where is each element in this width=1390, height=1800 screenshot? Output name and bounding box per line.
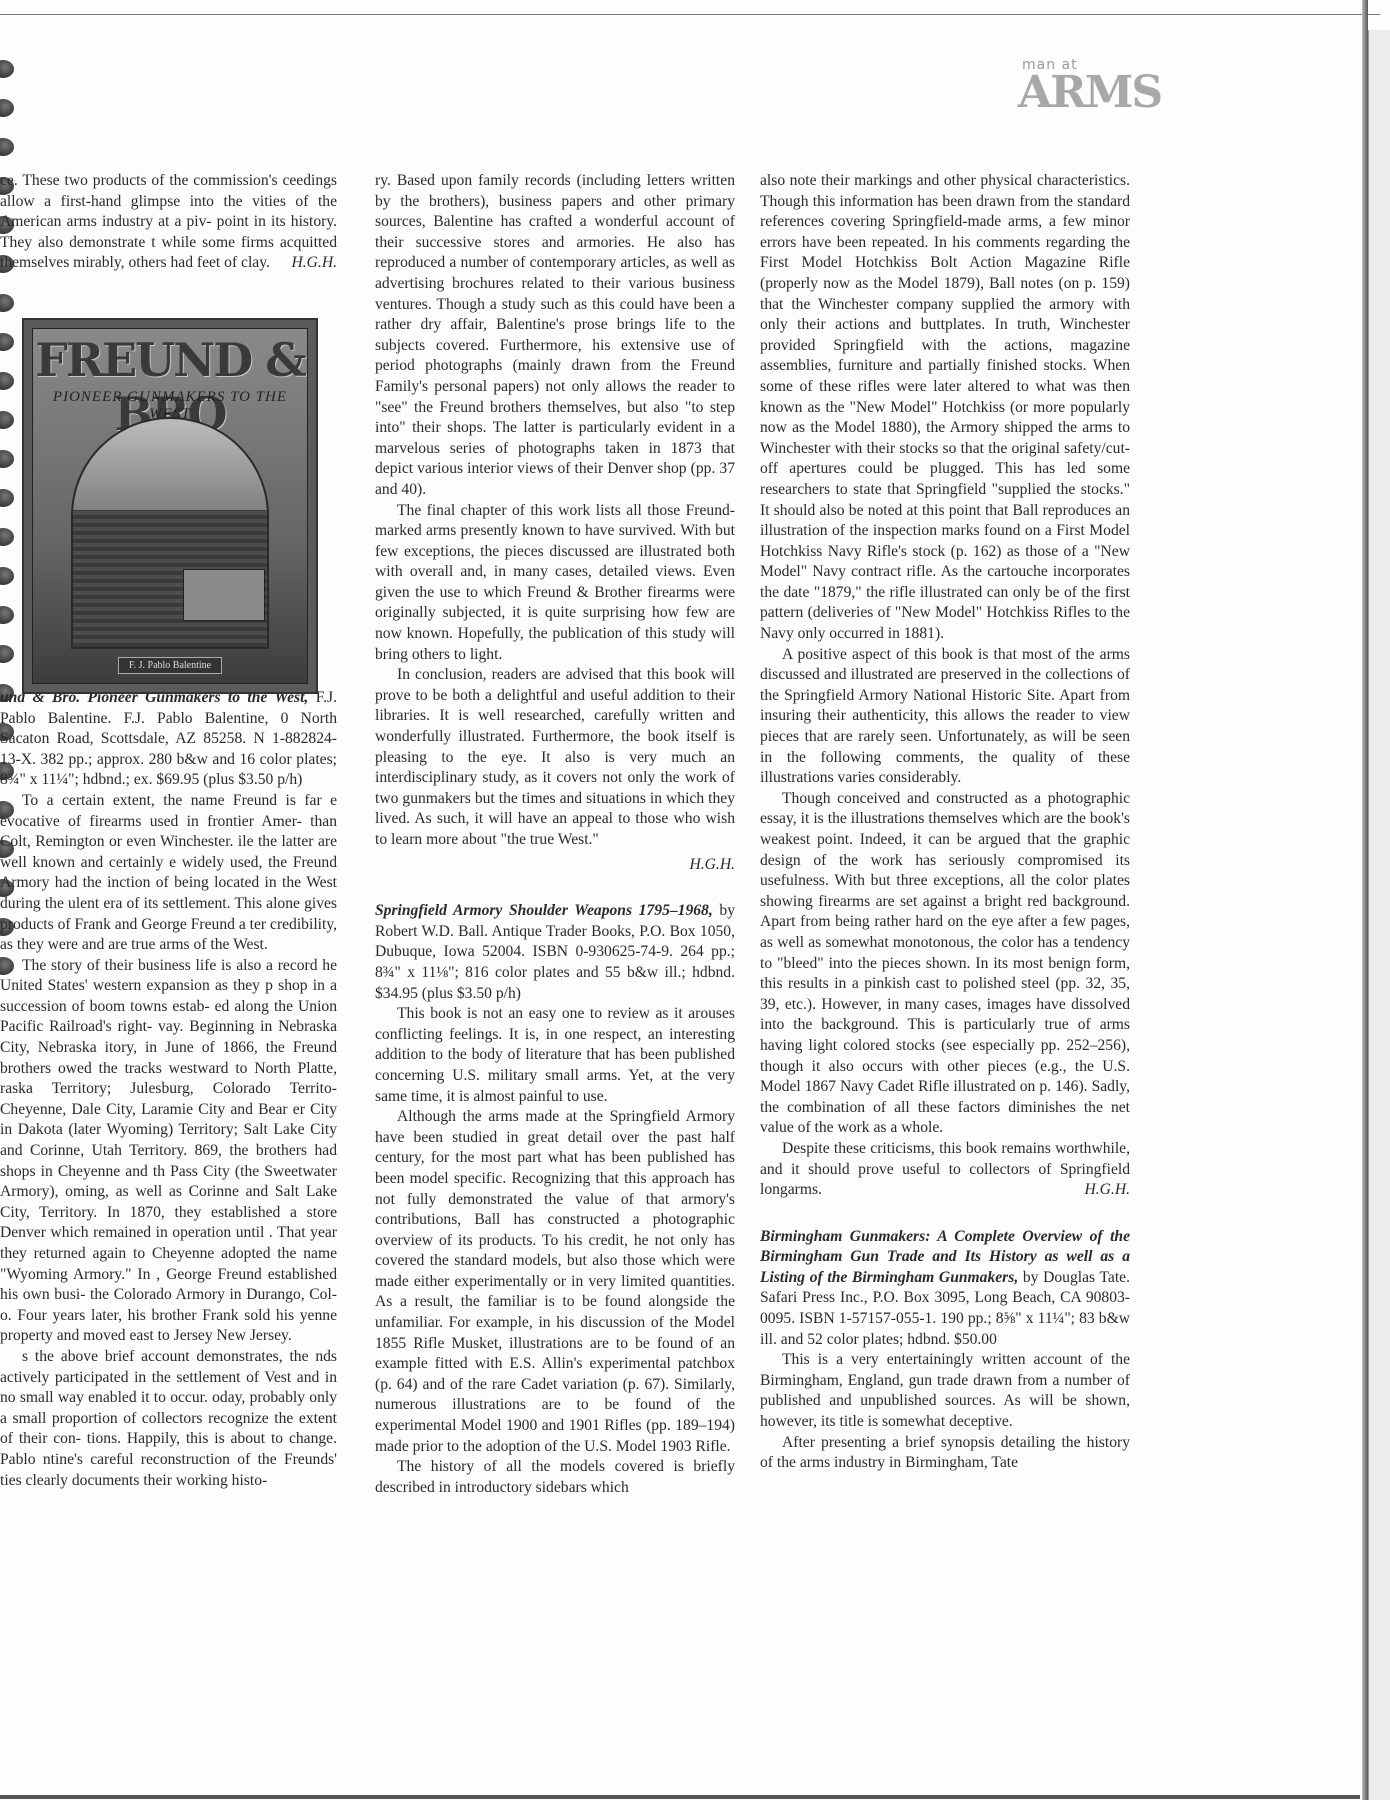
body-paragraph: This is a very entertainingly written ac… [760, 1350, 1130, 1432]
magazine-masthead-logo: man at ARMS [1018, 58, 1148, 114]
body-paragraph: In conclusion, readers are advised that … [375, 665, 735, 850]
intro-paragraph: ce. These two products of the commission… [0, 171, 337, 274]
review-citation: Birmingham Gunmakers: A Complete Overvie… [760, 1227, 1130, 1351]
body-paragraph: The story of their business life is also… [0, 956, 337, 1347]
reviewer-signature: H.G.H. [1063, 1180, 1130, 1201]
reviewer-signature: H.G.H. [375, 855, 735, 876]
body-paragraph: Though conceived and constructed as a ph… [760, 789, 1130, 1139]
review-citation: und & Bro. Pioneer Gunmakers to the West… [0, 688, 337, 791]
body-paragraph: Although the arms made at the Springfiel… [375, 1107, 735, 1457]
body-paragraph: After presenting a brief synopsis detail… [760, 1433, 1130, 1474]
column-right: also note their markings and other physi… [760, 171, 1130, 1474]
cover-frame: FREUND & BRO PIONEER GUNMAKERS TO THE WE… [32, 328, 308, 684]
body-paragraph: s the above brief account demonstrates, … [0, 1347, 337, 1491]
scan-top-edge [0, 14, 1380, 15]
binding-ring-icon [0, 138, 14, 156]
binding-ring-icon [0, 99, 14, 117]
reviewer-signature: H.G.H. [292, 253, 337, 274]
scan-next-page-edge [1368, 30, 1390, 1800]
body-paragraph: The final chapter of this work lists all… [375, 501, 735, 666]
section-gap [760, 1201, 1130, 1227]
body-paragraph: This book is not an easy one to review a… [375, 1004, 735, 1107]
review-book-title: Springfield Armory Shoulder Weapons 1795… [375, 902, 713, 919]
body-paragraph: The history of all the models covered is… [375, 1457, 735, 1498]
scan-bottom-edge [0, 1795, 1360, 1799]
body-paragraph: Despite these criticisms, this book rema… [760, 1139, 1130, 1201]
book-cover-image: FREUND & BRO PIONEER GUNMAKERS TO THE WE… [22, 318, 318, 694]
binding-ring-icon [0, 60, 14, 78]
cover-author: F. J. Pablo Balentine [118, 657, 222, 674]
review-citation: Springfield Armory Shoulder Weapons 1795… [375, 901, 735, 1004]
intro-text: ce. These two products of the commission… [0, 172, 337, 271]
cover-author-plate: F. J. Pablo Balentine [33, 655, 307, 673]
body-paragraph: ry. Based upon family records (including… [375, 171, 735, 501]
section-gap [375, 875, 735, 901]
cover-photo-arch [71, 417, 269, 649]
body-paragraph: A positive aspect of this book is that m… [760, 645, 1130, 789]
body-paragraph: also note their markings and other physi… [760, 171, 1130, 645]
shop-sign [183, 569, 265, 621]
column-middle: ry. Based upon family records (including… [375, 171, 735, 1498]
masthead-big-text: ARMS [1018, 72, 1148, 114]
body-paragraph: To a certain extent, the name Freund is … [0, 791, 337, 956]
